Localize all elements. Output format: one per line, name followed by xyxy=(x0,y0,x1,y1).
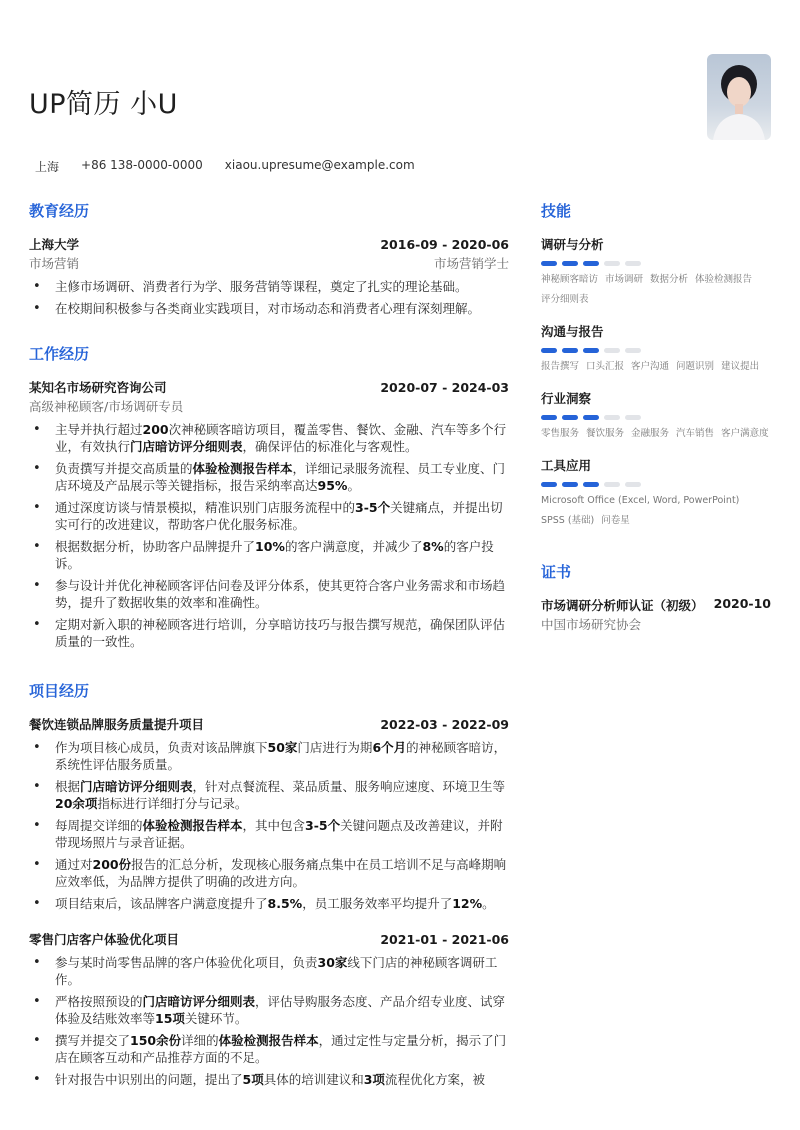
project-item: 零售门店客户体验优化项目 2021-01 - 2021-06 参与某时尚零售品牌… xyxy=(29,930,509,1088)
bullet: 通过深度访谈与情景模拟，精准识别门店服务流程中的3-5个关键痛点，并提出切实可行… xyxy=(29,499,509,533)
skill-tag: 问题识别 xyxy=(676,359,714,375)
skill-tag: 市场调研 xyxy=(605,272,643,288)
skill-level-meter xyxy=(541,261,771,266)
skill-tag: 餐饮服务 xyxy=(586,426,624,442)
project-bullets: 参与某时尚零售品牌的客户体验优化项目，负责30家线下门店的神秘顾客调研工作。严格… xyxy=(29,954,509,1088)
main-column: 教育经历 上海大学 2016-09 - 2020-06 市场营销 市场营销学士 … xyxy=(29,200,509,1114)
major: 市场营销 xyxy=(29,254,79,272)
skill-group: 行业洞察零售服务餐饮服务金融服务汽车销售客户满意度 xyxy=(541,389,771,442)
skill-tag: 建议提出 xyxy=(721,359,759,375)
skill-level-meter xyxy=(541,348,771,353)
school-name: 上海大学 xyxy=(29,235,79,253)
contact-info: 上海 +86 138-0000-0000 xiaou.upresume@exam… xyxy=(35,158,415,175)
bullet: 通过对200份报告的汇总分析，发现核心服务痛点集中在员工培训不足与高峰期响应效率… xyxy=(29,856,509,890)
level-dot xyxy=(562,415,578,420)
level-dot xyxy=(562,261,578,266)
level-dot xyxy=(625,482,641,487)
certificate-name: 市场调研分析师认证（初级） xyxy=(541,596,704,614)
skill-level-meter xyxy=(541,415,771,420)
city: 上海 xyxy=(35,158,59,175)
job-title: 高级神秘顾客/市场调研专员 xyxy=(29,397,183,415)
bullet: 定期对新入职的神秘顾客进行培训，分享暗访技巧与报告撰写规范，确保团队评估质量的一… xyxy=(29,616,509,650)
skill-tag: 客户沟通 xyxy=(631,359,669,375)
level-dot xyxy=(604,348,620,353)
skill-tag: Microsoft Office (Excel, Word, PowerPoin… xyxy=(541,493,739,509)
level-dot xyxy=(604,261,620,266)
bullet: 根据门店暗访评分细则表，针对点餐流程、菜品质量、服务响应速度、环境卫生等20余项… xyxy=(29,778,509,812)
level-dot xyxy=(583,415,599,420)
level-dot xyxy=(583,261,599,266)
skill-tag: SPSS (基础) xyxy=(541,513,594,529)
bullet: 主修市场调研、消费者行为学、服务营销等课程，奠定了扎实的理论基础。 xyxy=(29,278,509,295)
degree: 市场营销学士 xyxy=(434,254,509,272)
level-dot xyxy=(604,415,620,420)
level-dot xyxy=(625,415,641,420)
level-dot xyxy=(625,261,641,266)
skills-section: 技能 调研与分析神秘顾客暗访市场调研数据分析体验检测报告评分细则表沟通与报告报告… xyxy=(541,200,771,529)
section-title: 技能 xyxy=(541,200,771,221)
certificates-section: 证书 市场调研分析师认证（初级） 2020-10 中国市场研究协会 xyxy=(541,561,771,633)
certificate-date: 2020-10 xyxy=(714,596,771,614)
bullet: 根据数据分析，协助客户品牌提升了10%的客户满意度，并减少了8%的客户投诉。 xyxy=(29,538,509,572)
education-date: 2016-09 - 2020-06 xyxy=(380,237,509,252)
level-dot xyxy=(541,415,557,420)
candidate-name: UP简历 小U xyxy=(29,82,178,121)
bullet: 负责撰写并提交高质量的体验检测报告样本，详细记录服务流程、员工专业度、门店环境及… xyxy=(29,460,509,494)
section-title: 工作经历 xyxy=(29,343,509,364)
section-title: 项目经历 xyxy=(29,680,509,701)
skill-tag: 金融服务 xyxy=(631,426,669,442)
project-date: 2022-03 - 2022-09 xyxy=(380,717,509,732)
bullet: 项目结束后，该品牌客户满意度提升了8.5%，员工服务效率平均提升了12%。 xyxy=(29,895,509,912)
certificate-issuer: 中国市场研究协会 xyxy=(541,615,771,633)
skill-name: 行业洞察 xyxy=(541,389,771,407)
company-name: 某知名市场研究咨询公司 xyxy=(29,378,167,396)
skill-tag: 口头汇报 xyxy=(586,359,624,375)
bullet: 每周提交详细的体验检测报告样本，其中包含3-5个关键问题点及改善建议，并附带现场… xyxy=(29,817,509,851)
level-dot xyxy=(541,482,557,487)
bullet: 严格按照预设的门店暗访评分细则表，评估导购服务态度、产品介绍专业度、试穿体验及结… xyxy=(29,993,509,1027)
skill-tag: 问卷星 xyxy=(601,513,630,529)
skill-tag: 客户满意度 xyxy=(721,426,769,442)
skill-tag: 体验检测报告 xyxy=(695,272,752,288)
skill-group: 工具应用Microsoft Office (Excel, Word, Power… xyxy=(541,456,771,529)
project-item: 餐饮连锁品牌服务质量提升项目 2022-03 - 2022-09 作为项目核心成… xyxy=(29,715,509,912)
skill-tag: 汽车销售 xyxy=(676,426,714,442)
skill-tag: 零售服务 xyxy=(541,426,579,442)
level-dot xyxy=(562,348,578,353)
education-section: 教育经历 上海大学 2016-09 - 2020-06 市场营销 市场营销学士 … xyxy=(29,200,509,317)
bullet: 参与某时尚零售品牌的客户体验优化项目，负责30家线下门店的神秘顾客调研工作。 xyxy=(29,954,509,988)
projects-section: 项目经历 餐饮连锁品牌服务质量提升项目 2022-03 - 2022-09 作为… xyxy=(29,680,509,1088)
skill-level-meter xyxy=(541,482,771,487)
level-dot xyxy=(541,261,557,266)
project-bullets: 作为项目核心成员，负责对该品牌旗下50家门店进行为期6个月的神秘顾客暗访，系统性… xyxy=(29,739,509,912)
skill-tag: 报告撰写 xyxy=(541,359,579,375)
phone: +86 138-0000-0000 xyxy=(81,158,203,175)
profile-photo xyxy=(707,54,771,140)
skill-group: 沟通与报告报告撰写口头汇报客户沟通问题识别建议提出 xyxy=(541,322,771,375)
skill-name: 工具应用 xyxy=(541,456,771,474)
bullet: 主导并执行超过200次神秘顾客暗访项目，覆盖零售、餐饮、金融、汽车等多个行业，有… xyxy=(29,421,509,455)
bullet: 参与设计并优化神秘顾客评估问卷及评分体系，使其更符合客户业务需求和市场趋势，提升… xyxy=(29,577,509,611)
project-name: 餐饮连锁品牌服务质量提升项目 xyxy=(29,715,204,733)
skill-name: 调研与分析 xyxy=(541,235,771,253)
level-dot xyxy=(604,482,620,487)
level-dot xyxy=(625,348,641,353)
section-title: 教育经历 xyxy=(29,200,509,221)
skill-group: 调研与分析神秘顾客暗访市场调研数据分析体验检测报告评分细则表 xyxy=(541,235,771,308)
project-date: 2021-01 - 2021-06 xyxy=(380,932,509,947)
skill-name: 沟通与报告 xyxy=(541,322,771,340)
skill-tag: 神秘顾客暗访 xyxy=(541,272,598,288)
project-name: 零售门店客户体验优化项目 xyxy=(29,930,179,948)
skill-tag: 评分细则表 xyxy=(541,292,589,308)
level-dot xyxy=(562,482,578,487)
level-dot xyxy=(583,482,599,487)
work-date: 2020-07 - 2024-03 xyxy=(380,380,509,395)
work-bullets: 主导并执行超过200次神秘顾客暗访项目，覆盖零售、餐饮、金融、汽车等多个行业，有… xyxy=(29,421,509,650)
side-column: 技能 调研与分析神秘顾客暗访市场调研数据分析体验检测报告评分细则表沟通与报告报告… xyxy=(541,200,771,659)
email: xiaou.upresume@example.com xyxy=(225,158,415,175)
level-dot xyxy=(541,348,557,353)
bullet: 针对报告中识别出的问题，提出了5项具体的培训建议和3项流程优化方案，被 xyxy=(29,1071,509,1088)
level-dot xyxy=(583,348,599,353)
work-section: 工作经历 某知名市场研究咨询公司 2020-07 - 2024-03 高级神秘顾… xyxy=(29,343,509,650)
bullet: 作为项目核心成员，负责对该品牌旗下50家门店进行为期6个月的神秘顾客暗访，系统性… xyxy=(29,739,509,773)
bullet: 撰写并提交了150余份详细的体验检测报告样本，通过定性与定量分析，揭示了门店在顾… xyxy=(29,1032,509,1066)
section-title: 证书 xyxy=(541,561,771,582)
skill-tag: 数据分析 xyxy=(650,272,688,288)
bullet: 在校期间积极参与各类商业实践项目，对市场动态和消费者心理有深刻理解。 xyxy=(29,300,509,317)
